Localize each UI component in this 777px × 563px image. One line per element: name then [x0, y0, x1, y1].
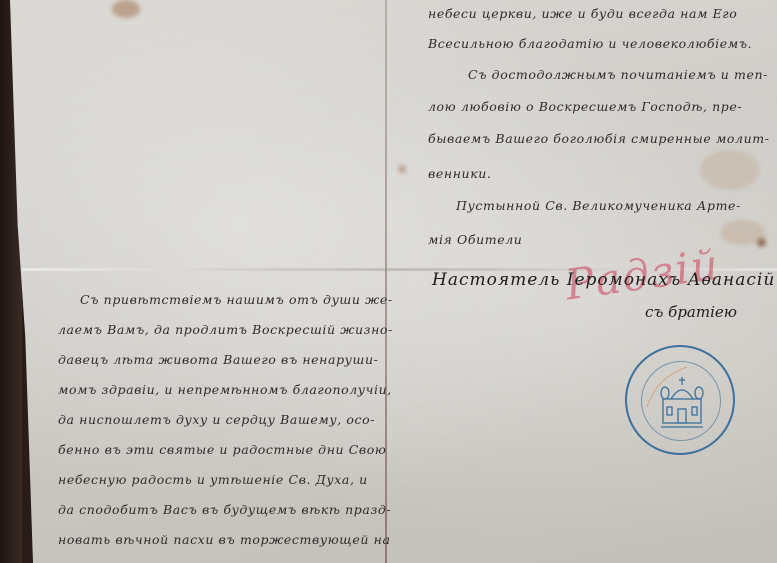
text-line: Съ привѣтствіемъ нашимъ отъ души же- [80, 292, 393, 307]
stain [700, 150, 760, 190]
church-icon [627, 347, 737, 457]
text-line: бываемъ Вашего боголюбія смиренные молит… [428, 131, 770, 146]
text-line: новать вѣчной пасхи въ торжествующей на [58, 532, 391, 547]
vertical-fold-crease [385, 0, 387, 563]
stain [112, 0, 140, 18]
text-line: да сподобитъ Васъ въ будущемъ вѣкѣ празд… [58, 502, 391, 517]
text-line: Съ достодолжнымъ почитаніемъ и теп- [468, 67, 768, 82]
signature-abbot: Настоятель Іеромонахъ Аѳанасій [432, 270, 775, 290]
text-line: мія Обители [428, 232, 522, 247]
text-line: момъ здравіи, и непремѣнномъ благополучі… [58, 382, 392, 397]
stain [720, 220, 765, 245]
text-line: Пустынной Св. Великомученика Арте- [456, 198, 741, 213]
signature-brethren: съ братіею [645, 303, 737, 321]
text-line: небеси церкви, иже и буди всегда нам Его [428, 6, 737, 21]
text-line: да ниспошлетъ духу и сердцу Вашему, осо- [58, 412, 375, 427]
text-line: давецъ лѣта живота Вашего въ ненаруши- [58, 352, 378, 367]
text-line: Всесильною благодатію и человеколюбіемъ. [428, 36, 752, 51]
text-line: лою любовію о Воскресшемъ Господѣ, пре- [428, 99, 742, 114]
monastery-seal-stamp [625, 345, 735, 455]
text-line: лаемъ Вамъ, да продлитъ Воскресшій жизно… [58, 322, 393, 337]
text-line: венники. [428, 166, 491, 181]
stain [398, 165, 406, 173]
text-line: бенно въ эти святые и радостные дни Свою [58, 442, 387, 457]
text-line: небесную радость и утѣшеніе Св. Духа, и [58, 472, 368, 487]
